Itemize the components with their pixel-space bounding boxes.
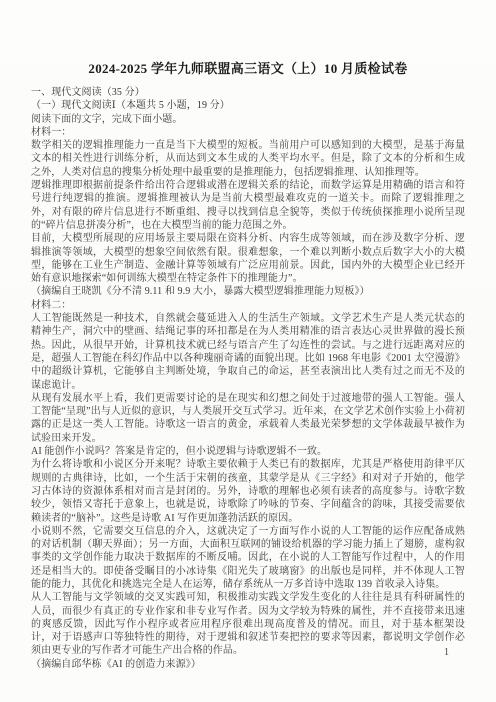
material-one-label: 材料一： [31, 126, 465, 139]
exam-paper-page: 2024-2025 学年九师联盟高三语文（上）10 月质检试卷 一、现代文阅读（… [0, 0, 496, 702]
material-two-citation: （摘编自邱华栋《AI 的创造力来源》） [31, 658, 465, 671]
material-two-paragraph-5: 小说则不然，它需要交互信息的介入，这就决定了一方面写作小说的人工智能的运作应配备… [31, 525, 465, 591]
subsection-heading: （一）现代文阅读Ⅰ（本题共 5 小题，19 分） [31, 99, 465, 112]
material-one-citation: （摘编自王晓凯《分不清 9.11 和 9.9 大小，暴露大模型逻辑推理能力短板》… [31, 285, 465, 298]
material-two-paragraph-2: 从现有发展水平上看，我们更需要讨论的是在现实和幻想之间处于过渡地带的强人工智能。… [31, 392, 465, 445]
reading-instruction: 阅读下面的文字，完成下面小题。 [31, 113, 465, 126]
material-two-label: 材料二： [31, 299, 465, 312]
page-content: 2024-2025 学年九师联盟高三语文（上）10 月质检试卷 一、现代文阅读（… [0, 0, 496, 671]
material-two-paragraph-1: 人工智能既然是一种技术，自然就会蔓延进入人的生活生产领域。文学艺术生产是人类元状… [31, 312, 465, 392]
section-heading: 一、现代文阅读（35 分） [31, 86, 465, 99]
page-title: 2024-2025 学年九师联盟高三语文（上）10 月质检试卷 [31, 61, 465, 77]
page-number: 1 [444, 647, 449, 658]
material-one-paragraph-1: 数学相关的逻辑推理能力一直是当下大模型的短板。当前用户可以感知到的大模型，是基于… [31, 139, 465, 179]
material-one-paragraph-3: 目前，大模型所展现的应用场景主要局限在资料分析、内容生成等领域，而在涉及数字分析… [31, 232, 465, 285]
material-two-paragraph-3: AI 能创作小说吗？答案是肯定的，但小说逻辑与诗歌逻辑不一致。 [31, 445, 465, 458]
material-two-paragraph-4: 为什么将诗歌和小说区分开来呢？诗歌主要依赖于人类已有的数据库，尤其是严格使用韵律… [31, 458, 465, 524]
material-one-paragraph-2: 逻辑推理即根据前提条件给出符合逻辑或潜在逻辑关系的结论，而数学运算是用精确的语言… [31, 179, 465, 232]
material-two-paragraph-6: 从人工智能与文学领域的交叉实践可知，积极推动实践文学发生变化的人往往是具有科研属… [31, 591, 465, 657]
